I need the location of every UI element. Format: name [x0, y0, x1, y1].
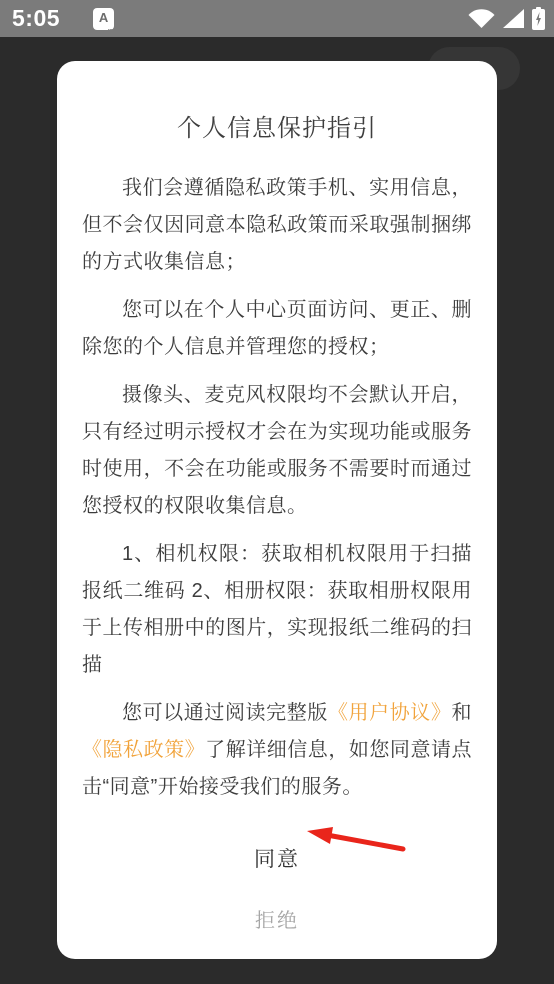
cellular-signal-icon — [503, 9, 524, 28]
agree-row: 同意 — [82, 843, 472, 873]
battery-charging-icon — [532, 7, 545, 30]
policy-paragraph: 您可以在个人中心页面访问、更正、删除您的个人信息并管理您的授权； — [82, 292, 472, 366]
closing-text: 和 — [452, 702, 473, 724]
ime-badge-dots: ... — [108, 25, 113, 29]
agree-button[interactable]: 同意 — [254, 843, 300, 873]
dialog-title: 个人信息保护指引 — [82, 108, 472, 143]
closing-text: 您可以通过阅读完整版 — [122, 702, 328, 724]
policy-closing-paragraph: 您可以通过阅读完整版《用户协议》和《隐私政策》了解详细信息，如您同意请点击“同意… — [82, 695, 472, 806]
policy-paragraph: 1、相机权限：获取相机权限用于扫描报纸二维码 2、相册权限：获取相册权限用于上传… — [82, 536, 472, 684]
ime-badge-icon: A ... — [93, 8, 114, 30]
user-agreement-link[interactable]: 《用户协议》 — [328, 702, 452, 724]
ime-badge-letter: A — [99, 11, 108, 24]
policy-paragraph: 摄像头、麦克风权限均不会默认开启，只有经过明示授权才会在为实现功能或服务时使用，… — [82, 377, 472, 525]
privacy-dialog: 个人信息保护指引 我们会遵循隐私政策手机、实用信息，但不会仅因同意本隐私政策而采… — [57, 61, 497, 959]
clock: 5:05 — [12, 5, 60, 32]
policy-paragraph: 我们会遵循隐私政策手机、实用信息，但不会仅因同意本隐私政策而采取强制捆绑的方式收… — [82, 170, 472, 281]
phone-screen: 5:05 A ... 跳过 个人信息保护指引 我们会遵循隐私政策手机、实用信息，… — [0, 0, 554, 984]
dialog-body: 我们会遵循隐私政策手机、实用信息，但不会仅因同意本隐私政策而采取强制捆绑的方式收… — [82, 170, 472, 806]
wifi-icon — [468, 9, 495, 29]
status-bar: 5:05 A ... — [0, 0, 554, 37]
privacy-policy-link[interactable]: 《隐私政策》 — [82, 739, 205, 761]
status-icons — [468, 7, 545, 30]
refuse-button[interactable]: 拒绝 — [255, 904, 299, 933]
